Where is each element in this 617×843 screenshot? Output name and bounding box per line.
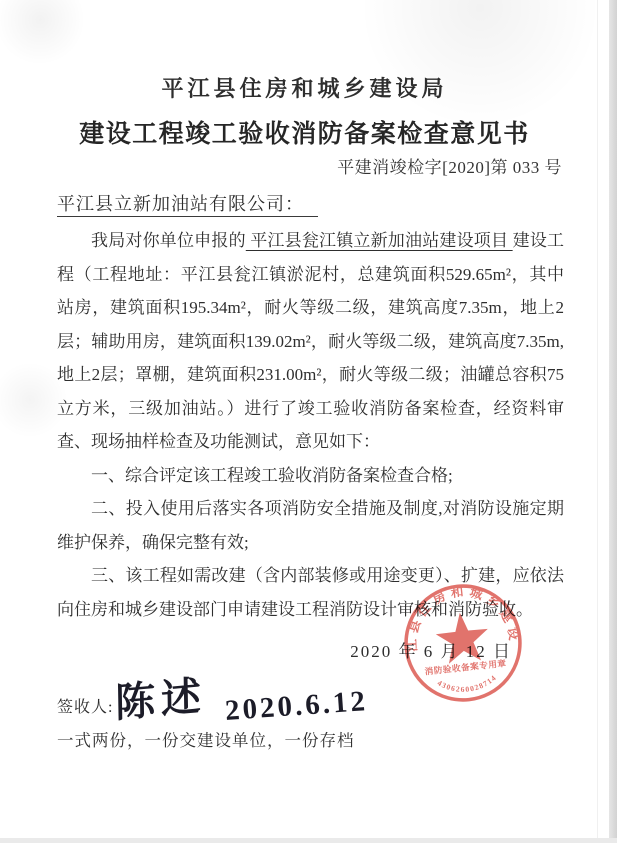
paragraph-segment: 我局对你单位申报的 (91, 231, 246, 250)
scanned-document-page: 平江县住房和城乡建设局 建设工程竣工验收消防备案检查意见书 平建消竣检字[202… (0, 0, 617, 843)
handwritten-signature: 陈述 (115, 664, 208, 729)
signee-label: 签收人: (57, 694, 113, 717)
opinion-item-1: 一、综合评定该工程竣工验收消防备案检查合格; (57, 459, 564, 493)
recipient-line: 平江县立新加油站有限公司： (57, 190, 564, 216)
distribution-note: 一式两份，一份交建设单位，一份存档 (57, 727, 355, 751)
document-header: 平江县住房和城乡建设局 建设工程竣工验收消防备案检查意见书 (0, 72, 609, 150)
signoff-block: 签收人: 陈述 2020.6.12 (57, 672, 517, 732)
paragraph-segment: 平江县瓮江镇立新加油站建设项目 (246, 231, 513, 250)
recipient-name: 平江县立新加油站有限公司： (57, 194, 318, 217)
opinion-item-2: 二、投入使用后落实各项消防安全措施及制度,对消防设施定期维护保养，确保完整有效; (57, 492, 564, 559)
scan-edge-bottom (0, 838, 617, 843)
document-number: 平建消竣检字[2020]第 033 号 (0, 153, 562, 178)
paragraph-segment: 建设工程（工程地址：平江县瓮江镇淤泥村，总建筑面积529.65m²，其中站房，建… (57, 231, 564, 451)
main-paragraph: 我局对你单位申报的 平江县瓮江镇立新加油站建设项目 建设工程（工程地址：平江县瓮… (57, 224, 564, 459)
document-body: 平江县立新加油站有限公司： 我局对你单位申报的 平江县瓮江镇立新加油站建设项目 … (57, 190, 564, 626)
issuer-title: 平江县住房和城乡建设局 (0, 72, 609, 103)
seal-star-icon (434, 610, 491, 665)
document-title: 建设工程竣工验收消防备案检查意见书 (0, 114, 609, 150)
handwritten-date: 2020.6.12 (224, 685, 369, 728)
scan-edge-right (609, 0, 617, 843)
